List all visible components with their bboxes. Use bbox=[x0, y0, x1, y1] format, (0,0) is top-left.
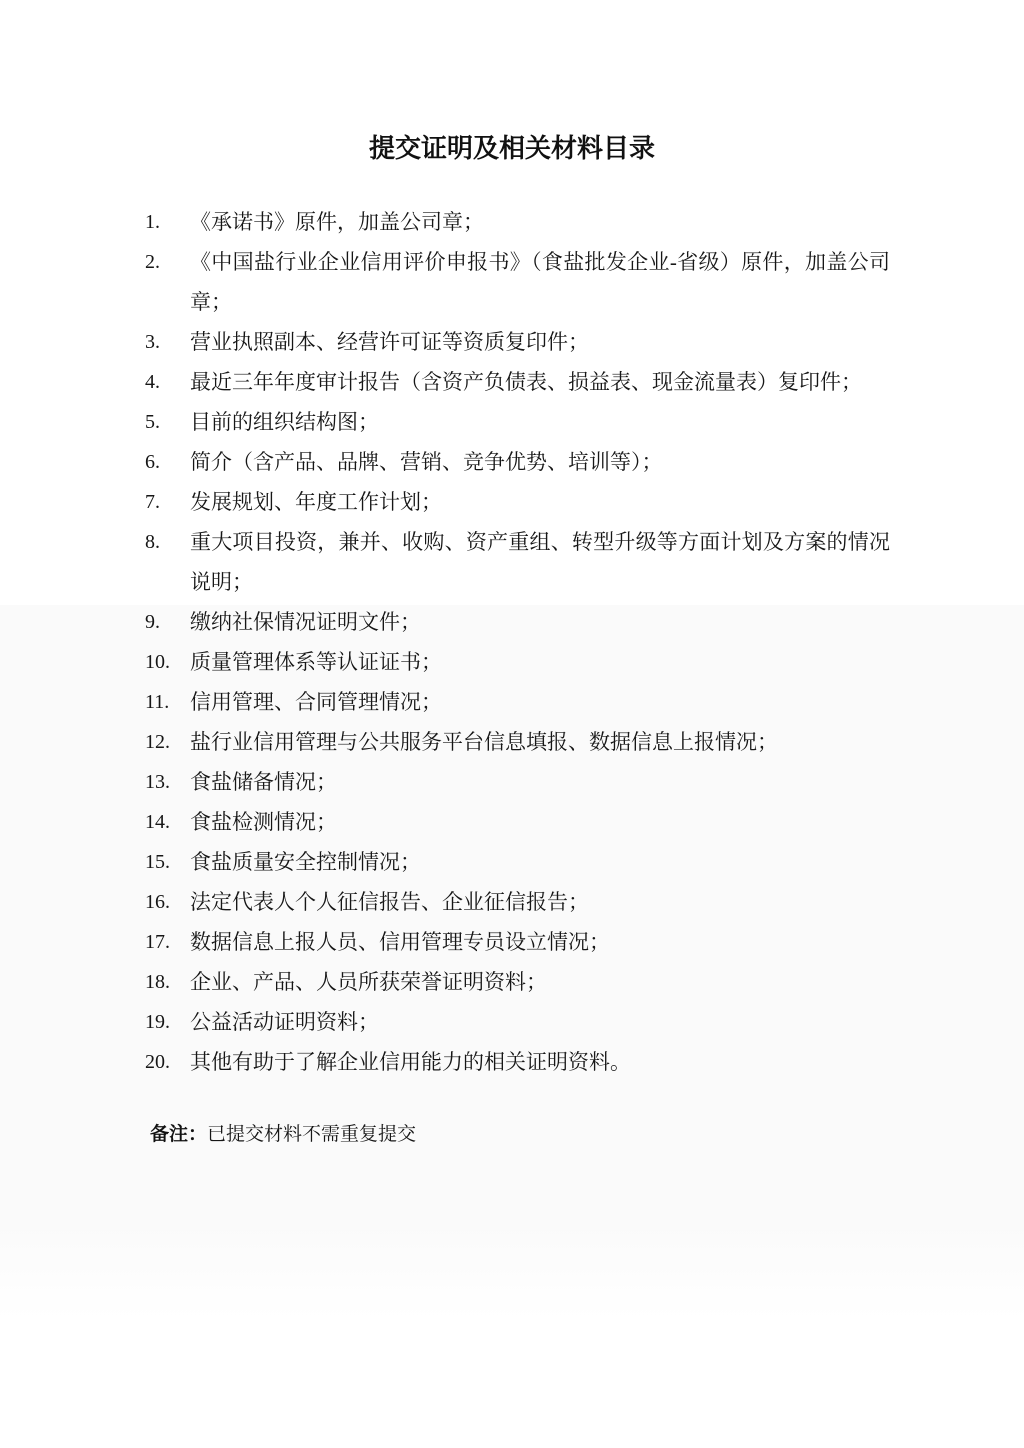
note-text: 已提交材料不需重复提交 bbox=[207, 1124, 416, 1145]
item-number: 1. bbox=[145, 202, 190, 242]
item-number: 7. bbox=[145, 482, 190, 522]
item-text: 公益活动证明资料； bbox=[190, 1002, 890, 1042]
list-item: 5. 目前的组织结构图； bbox=[145, 402, 895, 442]
item-number: 3. bbox=[145, 322, 190, 362]
item-text: 企业、产品、人员所获荣誉证明资料； bbox=[190, 962, 890, 1002]
item-number: 13. bbox=[145, 762, 190, 802]
item-text: 营业执照副本、经营许可证等资质复印件； bbox=[190, 322, 890, 362]
item-number: 11. bbox=[145, 682, 190, 722]
item-number: 18. bbox=[145, 962, 190, 1002]
list-item: 15. 食盐质量安全控制情况； bbox=[145, 842, 895, 882]
item-number: 17. bbox=[145, 922, 190, 962]
note-label: 备注： bbox=[150, 1124, 207, 1145]
item-text: 目前的组织结构图； bbox=[190, 402, 890, 442]
item-text: 简介（含产品、品牌、营销、竞争优势、培训等）； bbox=[190, 442, 890, 482]
list-item: 20. 其他有助于了解企业信用能力的相关证明资料。 bbox=[145, 1042, 895, 1082]
item-number: 19. bbox=[145, 1002, 190, 1042]
item-text: 重大项目投资，兼并、收购、资产重组、转型升级等方面计划及方案的情况说明； bbox=[190, 522, 890, 602]
list-item: 16. 法定代表人个人征信报告、企业征信报告； bbox=[145, 882, 895, 922]
item-text: 其他有助于了解企业信用能力的相关证明资料。 bbox=[190, 1042, 890, 1082]
item-number: 16. bbox=[145, 882, 190, 922]
list-item: 6. 简介（含产品、品牌、营销、竞争优势、培训等）； bbox=[145, 442, 895, 482]
note: 备注：已提交材料不需重复提交 bbox=[150, 1122, 1024, 1148]
item-number: 15. bbox=[145, 842, 190, 882]
item-text: 食盐质量安全控制情况； bbox=[190, 842, 890, 882]
list-item: 10. 质量管理体系等认证证书； bbox=[145, 642, 895, 682]
list-item: 14. 食盐检测情况； bbox=[145, 802, 895, 842]
list-item: 7. 发展规划、年度工作计划； bbox=[145, 482, 895, 522]
item-text: 法定代表人个人征信报告、企业征信报告； bbox=[190, 882, 890, 922]
item-number: 9. bbox=[145, 602, 190, 642]
item-text: 食盐储备情况； bbox=[190, 762, 890, 802]
item-number: 4. bbox=[145, 362, 190, 402]
item-text: 食盐检测情况； bbox=[190, 802, 890, 842]
list-item: 12. 盐行业信用管理与公共服务平台信息填报、数据信息上报情况； bbox=[145, 722, 895, 762]
item-text: 发展规划、年度工作计划； bbox=[190, 482, 890, 522]
item-text: 缴纳社保情况证明文件； bbox=[190, 602, 890, 642]
item-number: 12. bbox=[145, 722, 190, 762]
document-page: 提交证明及相关材料目录 1. 《承诺书》原件，加盖公司章； 2. 《中国盐行业企… bbox=[0, 0, 1024, 1448]
item-text: 数据信息上报人员、信用管理专员设立情况； bbox=[190, 922, 890, 962]
list-item: 8. 重大项目投资，兼并、收购、资产重组、转型升级等方面计划及方案的情况说明； bbox=[145, 522, 895, 602]
item-text: 盐行业信用管理与公共服务平台信息填报、数据信息上报情况； bbox=[190, 722, 890, 762]
list-item: 11. 信用管理、合同管理情况； bbox=[145, 682, 895, 722]
item-number: 2. bbox=[145, 242, 190, 282]
item-number: 6. bbox=[145, 442, 190, 482]
item-number: 5. bbox=[145, 402, 190, 442]
item-text: 最近三年年度审计报告（含资产负债表、损益表、现金流量表）复印件； bbox=[190, 362, 890, 402]
list-item: 1. 《承诺书》原件，加盖公司章； bbox=[145, 202, 895, 242]
item-text: 《承诺书》原件，加盖公司章； bbox=[190, 202, 890, 242]
item-number: 10. bbox=[145, 642, 190, 682]
document-body: 提交证明及相关材料目录 1. 《承诺书》原件，加盖公司章； 2. 《中国盐行业企… bbox=[0, 0, 1024, 1148]
list-item: 2. 《中国盐行业企业信用评价申报书》（食盐批发企业-省级）原件，加盖公司章； bbox=[145, 242, 895, 322]
materials-list: 1. 《承诺书》原件，加盖公司章； 2. 《中国盐行业企业信用评价申报书》（食盐… bbox=[145, 202, 895, 1082]
list-item: 19. 公益活动证明资料； bbox=[145, 1002, 895, 1042]
item-number: 20. bbox=[145, 1042, 190, 1082]
item-text: 信用管理、合同管理情况； bbox=[190, 682, 890, 722]
item-number: 14. bbox=[145, 802, 190, 842]
item-text: 质量管理体系等认证证书； bbox=[190, 642, 890, 682]
list-item: 18. 企业、产品、人员所获荣誉证明资料； bbox=[145, 962, 895, 1002]
item-text: 《中国盐行业企业信用评价申报书》（食盐批发企业-省级）原件，加盖公司章； bbox=[190, 242, 890, 322]
item-number: 8. bbox=[145, 522, 190, 562]
list-item: 17. 数据信息上报人员、信用管理专员设立情况； bbox=[145, 922, 895, 962]
list-item: 3. 营业执照副本、经营许可证等资质复印件； bbox=[145, 322, 895, 362]
list-item: 4. 最近三年年度审计报告（含资产负债表、损益表、现金流量表）复印件； bbox=[145, 362, 895, 402]
page-title: 提交证明及相关材料目录 bbox=[0, 0, 1024, 164]
list-item: 13. 食盐储备情况； bbox=[145, 762, 895, 802]
list-item: 9. 缴纳社保情况证明文件； bbox=[145, 602, 895, 642]
